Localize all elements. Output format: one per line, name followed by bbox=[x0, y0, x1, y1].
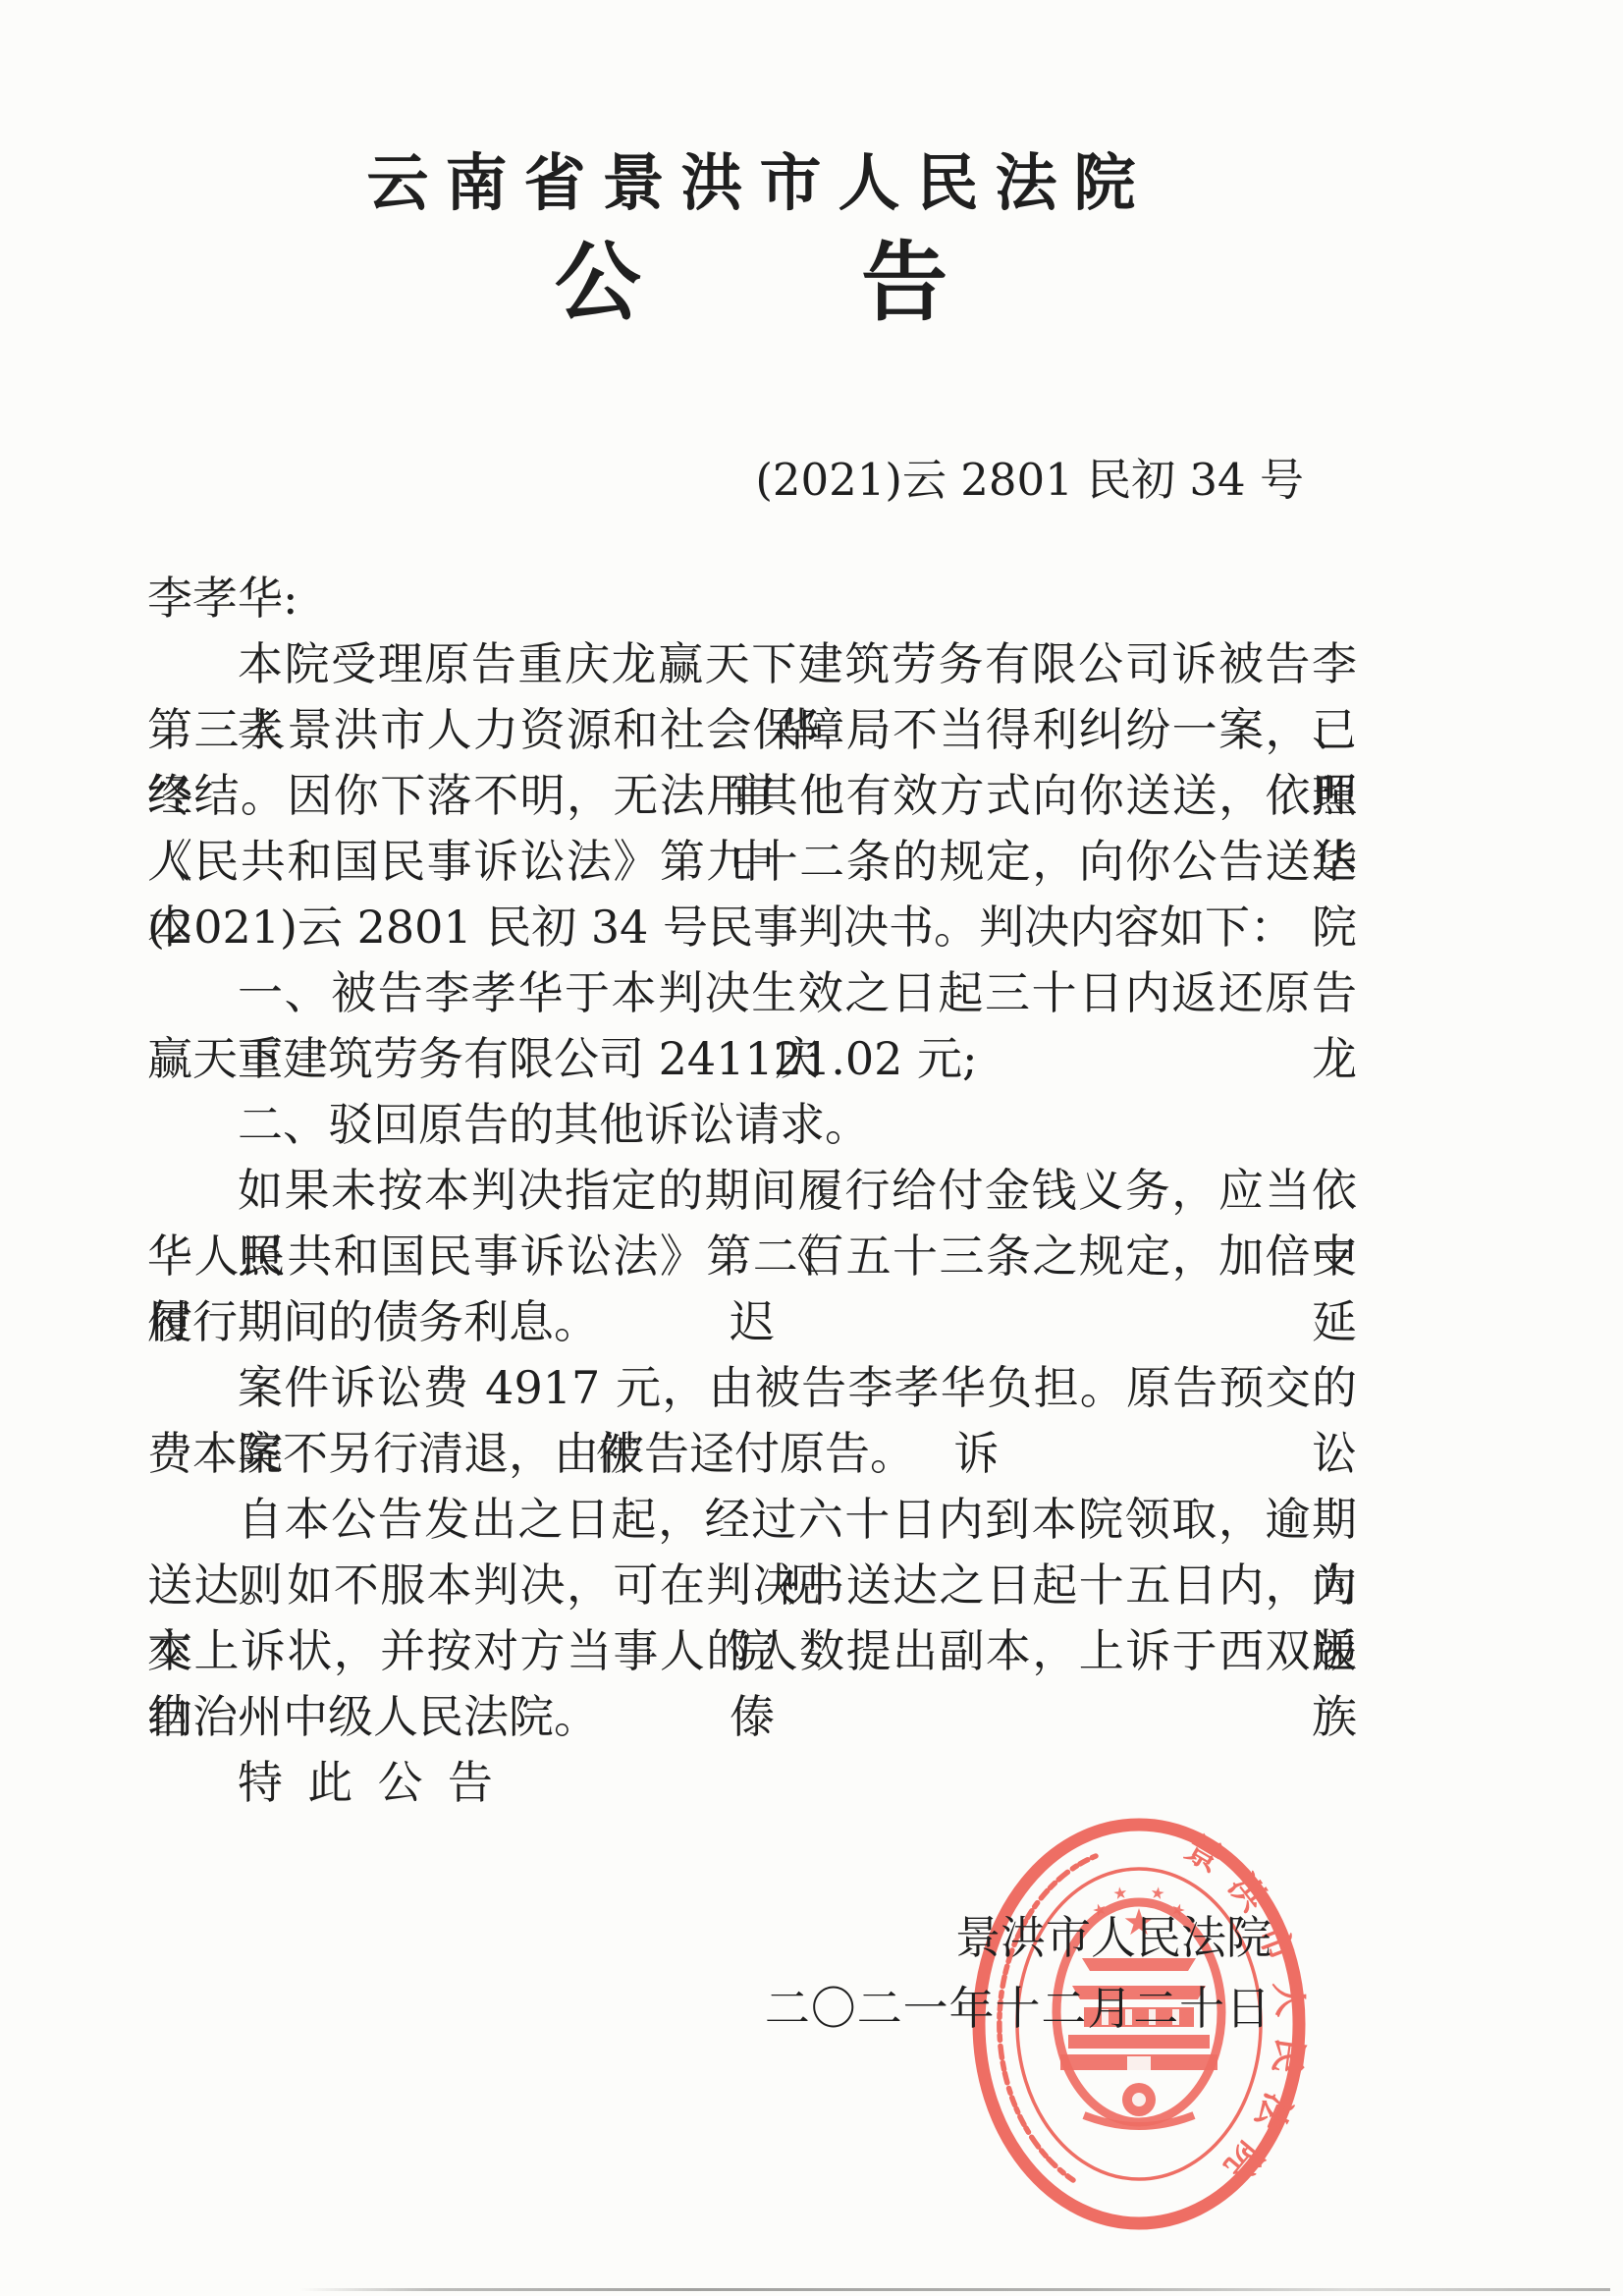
body-line: 华人民共和国民事诉讼法》第二百五十三条之规定，加倍支付迟延 bbox=[147, 1224, 1357, 1289]
signature-date: 二〇二一年十二月二十日 bbox=[147, 1982, 1271, 2035]
notice-body: 李孝华:本院受理原告重庆龙赢天下建筑劳务有限公司诉被告李孝华、第三人景洪市人力资… bbox=[147, 566, 1357, 1816]
signature-block: 景洪市人民法院 二〇二一年十二月二十日 bbox=[147, 1911, 1355, 2035]
body-line: 自本公告发出之日起，经过六十日内到本院领取，逾期则视为 bbox=[147, 1487, 1357, 1553]
signature-court-name: 景洪市人民法院 bbox=[147, 1911, 1271, 1964]
body-line: 一、被告李孝华于本判决生效之日起三十日内返还原告重庆龙 bbox=[147, 960, 1357, 1026]
body-line: 二、驳回原告的其他诉讼请求。 bbox=[147, 1092, 1357, 1158]
body-line: 人民共和国民事诉讼法》第九十二条的规定，向你公告送达本院 bbox=[147, 829, 1357, 895]
notice-title: 公告 bbox=[147, 214, 1355, 338]
case-number: (2021)云 2801 民初 34 号 bbox=[147, 444, 1355, 508]
court-notice-document: 云南省景洪市人民法院 公告 (2021)云 2801 民初 34 号 李孝华:本… bbox=[0, 0, 1623, 2296]
body-line: 送达。如不服本判决，可在判决书送达之日起十五日内，向本院递 bbox=[147, 1553, 1357, 1618]
body-line: 案件诉讼费 4917 元，由被告李孝华负担。原告预交的案件诉讼 bbox=[147, 1355, 1357, 1421]
scan-artifact-line bbox=[299, 2288, 1610, 2291]
body-line: 第三人景洪市人力资源和社会保障局不当得利纠纷一案，已经审理 bbox=[147, 697, 1357, 763]
body-line: 特此公告 bbox=[147, 1750, 1357, 1816]
body-line: (2021)云 2801 民初 34 号民事判决书。判决内容如下： bbox=[147, 895, 1357, 960]
body-line: 如果未按本判决指定的期间履行给付金钱义务，应当依照《中 bbox=[147, 1158, 1357, 1224]
body-line: 交上诉状，并按对方当事人的人数提出副本，上诉于西双版纳傣族 bbox=[147, 1618, 1357, 1684]
body-line: 终结。因你下落不明，无法用其他有效方式向你送送，依照《中华 bbox=[147, 763, 1357, 829]
court-title: 云南省景洪市人民法院 bbox=[147, 134, 1355, 223]
body-line: 李孝华: bbox=[147, 566, 1357, 631]
body-line: 本院受理原告重庆龙赢天下建筑劳务有限公司诉被告李孝华、 bbox=[147, 631, 1357, 697]
